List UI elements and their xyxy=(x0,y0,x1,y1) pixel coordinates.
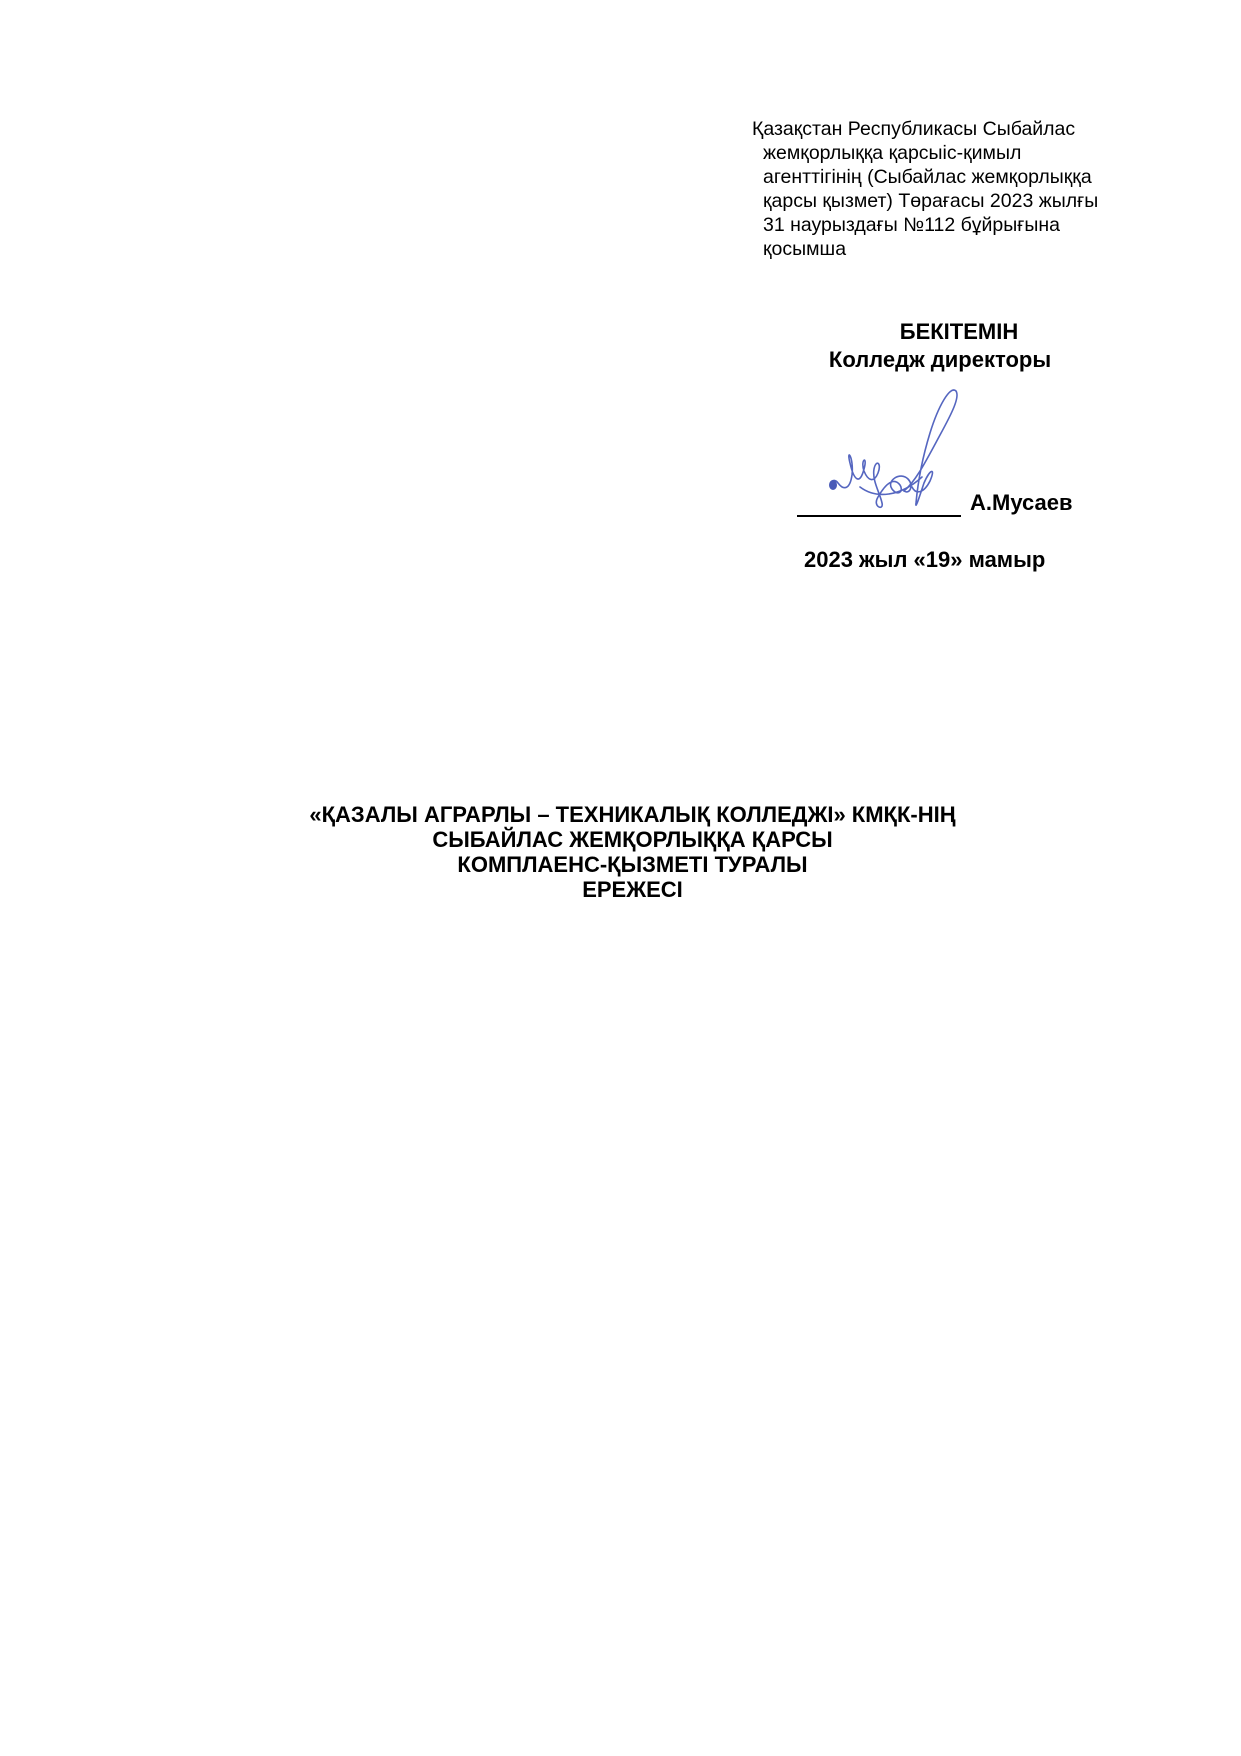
approval-date: 2023 жыл «19» мамыр xyxy=(804,547,1045,573)
appendix-line: Қазақстан Республикасы Сыбайлас xyxy=(752,117,1172,141)
approval-heading: БЕКІТЕМІН xyxy=(790,318,1090,346)
title-line: СЫБАЙЛАС ЖЕМҚОРЛЫҚҚА ҚАРСЫ xyxy=(200,827,1065,852)
signature-line xyxy=(797,515,961,517)
appendix-line: қосымша xyxy=(752,237,1172,261)
approval-block: БЕКІТЕМІН Колледж директоры xyxy=(790,318,1090,374)
title-line: «ҚАЗАЛЫ АГРАРЛЫ – ТЕХНИКАЛЫҚ КОЛЛЕДЖІ» К… xyxy=(200,802,1065,827)
document-title: «ҚАЗАЛЫ АГРАРЛЫ – ТЕХНИКАЛЫҚ КОЛЛЕДЖІ» К… xyxy=(200,802,1065,902)
signature-image xyxy=(820,385,980,520)
appendix-line: қарсы қызмет) Төрағасы 2023 жылғы xyxy=(752,189,1172,213)
appendix-line: агенттігінің (Сыбайлас жемқорлыққа xyxy=(752,165,1172,189)
approval-position: Колледж директоры xyxy=(790,346,1090,374)
title-line: КОМПЛАЕНС-ҚЫЗМЕТІ ТУРАЛЫ xyxy=(200,852,1065,877)
appendix-line: 31 наурыздағы №112 бұйрығына xyxy=(752,213,1172,237)
title-line: ЕРЕЖЕСІ xyxy=(200,877,1065,902)
signer-name: А.Мусаев xyxy=(970,490,1073,516)
appendix-note: Қазақстан Республикасы Сыбайлас жемқорлы… xyxy=(752,117,1172,261)
appendix-line: жемқорлыққа қарсыіс-қимыл xyxy=(752,141,1172,165)
